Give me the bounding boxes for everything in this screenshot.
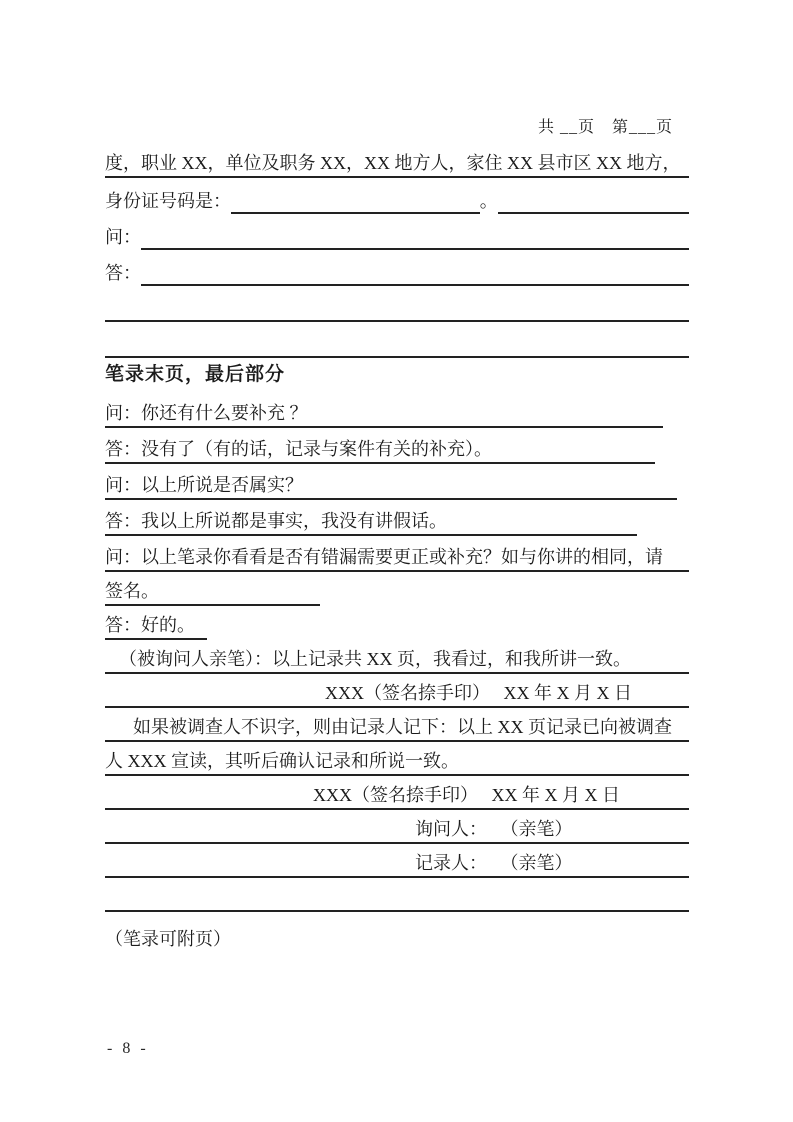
q-truth-text: 问：以上所说是否属实？ (105, 471, 677, 500)
line-signature-1: XXX（签名捺手印） XX 年 X 月 X 日 (105, 674, 689, 708)
q-supplement-text: 问：你还有什么要补充 ？ (105, 399, 663, 428)
blank-line-3 (105, 878, 689, 912)
line-answer-empty: 答： (105, 250, 689, 286)
blank-line-1 (105, 286, 689, 322)
note-handwritten-text: （被询问人亲笔）：以上记录共 XX 页，我看过，和我所讲一致。 (119, 645, 631, 672)
line-q-supplement: 问：你还有什么要补充 ？ (105, 392, 689, 428)
blank-line-2 (105, 322, 689, 358)
id-number-period: 。 (480, 187, 498, 214)
question-label: 问： (105, 223, 141, 250)
line-note-handwritten: （被询问人亲笔）：以上记录共 XX 页，我看过，和我所讲一致。 (105, 640, 689, 674)
section-title: 笔录末页，最后部分 (105, 359, 285, 387)
a-supplement-text: 答：没有了（有的话，记录与案件有关的补充）。 (105, 435, 655, 464)
a-truth-text: 答：我以上所说都是事实，我没有讲假话。 (105, 507, 637, 536)
line-a-supplement: 答：没有了（有的话，记录与案件有关的补充）。 (105, 428, 689, 464)
line-question-empty: 问： (105, 214, 689, 250)
section-title-row: 笔录末页，最后部分 (105, 358, 689, 392)
attachment-note-row: （笔录可附页） (105, 916, 689, 960)
signature-1-text: XXX（签名捺手印） XX 年 X 月 X 日 (325, 679, 632, 706)
line-a-ok: 答：好的。 (105, 606, 689, 640)
line-signature-2: XXX（签名捺手印） XX 年 X 月 X 日 (105, 776, 689, 810)
interviewer-text: 询问人： （亲笔） (415, 815, 573, 842)
signature-2-text: XXX（签名捺手印） XX 年 X 月 X 日 (313, 781, 620, 808)
q-review-text: 问：以上笔录你看看是否有错漏需要更正或补充？如与你讲的相同，请 (105, 543, 663, 570)
q-review-wrap-text: 签名。 (105, 577, 320, 606)
line-q-review-wrap: 签名。 (105, 572, 689, 606)
a-ok-text: 答：好的。 (105, 611, 207, 640)
answer-label: 答： (105, 259, 141, 286)
id-number-label: 身份证号码是： (105, 187, 231, 214)
person-details-text: 度，职业 XX，单位及职务 XX，XX 地方人，家住 XX 县市区 XX 地方， (105, 149, 681, 176)
attachment-note-text: （笔录可附页） (105, 925, 231, 952)
line-a-truth: 答：我以上所说都是事实，我没有讲假话。 (105, 500, 689, 536)
line-note-illiterate-2: 人 XXX 宣读，其听后确认记录和所说一致。 (105, 742, 689, 776)
line-q-review: 问：以上笔录你看看是否有错漏需要更正或补充？如与你讲的相同，请 (105, 536, 689, 572)
line-interviewer: 询问人： （亲笔） (105, 810, 689, 844)
page-counter-header: 共 __页 第___页 (105, 0, 689, 142)
note-illiterate-2-text: 人 XXX 宣读，其听后确认记录和所说一致。 (105, 747, 459, 774)
page-number: - 8 - (107, 1040, 149, 1058)
note-illiterate-1-text: 如果被调查人不识字，则由记录人记下：以上 XX 页记录已向被调查 (133, 713, 672, 740)
line-id-number: 身份证号码是： 。 (105, 178, 689, 214)
line-note-illiterate-1: 如果被调查人不识字，则由记录人记下：以上 XX 页记录已向被调查 (105, 708, 689, 742)
recorder-text: 记录人： （亲笔） (415, 849, 573, 876)
line-person-details: 度，职业 XX，单位及职务 XX，XX 地方人，家住 XX 县市区 XX 地方， (105, 142, 689, 178)
document-page: 共 __页 第___页 度，职业 XX，单位及职务 XX，XX 地方人，家住 X… (0, 0, 793, 1122)
line-q-truth: 问：以上所说是否属实？ (105, 464, 689, 500)
page-counter-text: 共 __页 第___页 (538, 114, 673, 138)
document-content: 共 __页 第___页 度，职业 XX，单位及职务 XX，XX 地方人，家住 X… (105, 0, 689, 960)
line-recorder: 记录人： （亲笔） (105, 844, 689, 878)
